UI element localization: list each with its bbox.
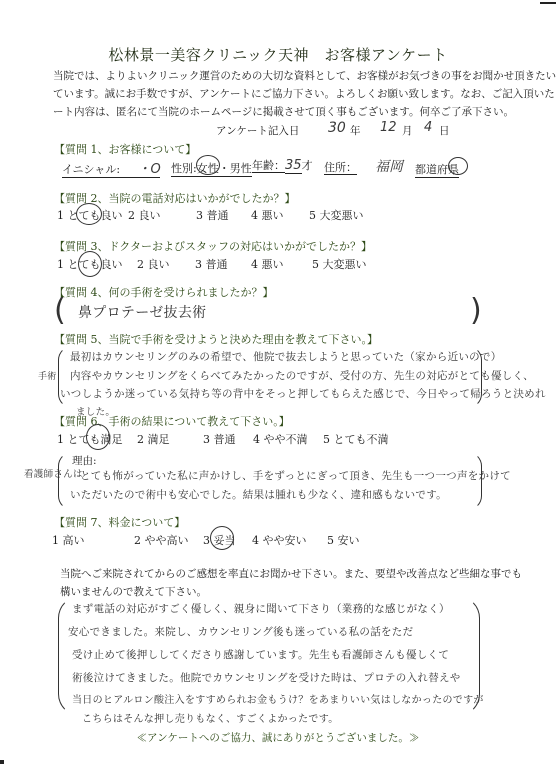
date-year-value[interactable]: 30 [328,120,346,136]
date-month-value[interactable]: 12 [380,120,397,135]
age-unit: 才 [302,159,313,172]
q3-option-5[interactable]: 5 大変悪い [312,256,367,272]
comments-answer-line-4[interactable]: 術後泣けてきました。他院でカウンセリングを受けた時は、プロテの入れ替えや [72,670,461,685]
comments-prompt-line-1: 当院へご来院されてからのご感想を率直にお聞かせ下さい。また、要望や改善点など些細… [60,566,522,581]
scan-edge-mark-top [540,2,556,4]
footer-thanks: ≪アンケートへのご協力、誠にありがとうございました。≫ [0,730,556,745]
prefecture-selected-circle [448,157,468,175]
q5-answer-line-1[interactable]: 最初はカウンセリングのみの希望で、他院で抜去しようと思っていた（家から近いので） [70,349,502,364]
q7-options: 1 高い 2 やや高い 3 妥当 4 やや安い 5 安い [0,532,556,548]
q5-heading: 【質問 5、当院で手術を受けようと決めた理由を教えて下さい。】 [54,331,378,347]
q6-margin-note: 看護師さんは [24,466,83,480]
q2-option-3[interactable]: 3 普通 [196,207,229,223]
q6-option-3[interactable]: 3 普通 [203,431,236,447]
q7-selected-circle [210,526,234,550]
q5-margin-note: 手術 [38,369,57,382]
address-label: 住所： [324,161,357,175]
q3-option-4[interactable]: 4 悪い [251,256,284,272]
age-value: 35 [285,158,302,174]
comments-answer-line-1[interactable]: まず電話の対応がすごく優しく、親身に聞いて下さり（業務的な感じがなく） [72,601,450,616]
q7-heading: 【質問 7、料金について】 [54,514,185,530]
comments-answer-line-3[interactable]: 受け止めて後押ししてくださり感謝しています。先生も看護師さんも優しくて [72,647,449,662]
q5-answer-line-2[interactable]: 内容やカウンセリングをくらべてみたかったのですが、受付の方、先生の対応がとても優… [70,368,534,383]
date-label: アンケート記入日 [216,123,299,138]
document-title: 松林景一美容クリニック天神 お客様アンケート [0,44,556,65]
date-day-unit: 日 [439,123,450,138]
q4-right-bracket: ) [470,293,482,328]
q6-options: 1 とても満足 2 満足 3 普通 4 やや不満 5 とても不満 [0,431,556,447]
scan-edge-mark-bottom [0,760,4,764]
q6-answer-line-2[interactable]: いただいたので術中も安心でした。結果は腫れも少なく、違和感もないです。 [70,487,447,502]
q4-heading: 【質問 4、何の手術を受けられましたか？】 [54,284,274,300]
q1-age-field[interactable]: 年齢：35才 [252,157,313,173]
gender-option-male[interactable]: 男性 [230,162,252,175]
q3-heading: 【質問 3、ドクターおよびスタッフの対応はいかがでしたか？】 [54,238,372,254]
date-day-value[interactable]: 4 [424,120,432,135]
q4-answer[interactable]: 鼻プロテーゼ抜去術 [78,302,206,322]
q4-left-bracket: ( [54,293,66,328]
q7-option-4[interactable]: 4 やや安い [252,532,307,548]
intro-line-2: ています。誠にお手数ですが、アンケートにご協力下さい。よろしくお願い致します。な… [53,86,556,101]
q6-option-5[interactable]: 5 とても不満 [323,431,389,447]
q1-initial-field[interactable]: イニシャル: ・O [62,158,162,178]
q2-option-5[interactable]: 5 大変悪い [309,207,364,223]
address-value: 福岡 [375,159,403,175]
q6-answer-line-1[interactable]: とても怖がっていた私に声かけし、手をずっとにぎって頂き、先生も一つ一つ声をかけて [80,468,511,483]
gender-label: 性別: [171,162,197,175]
intro-line-1: 当院では、よりよいクリニック運営のための大切な資料として、お客様がお気づきの事を… [53,68,556,83]
date-year-unit: 年 [350,123,361,138]
gender-selected-circle [196,155,220,175]
q6-option-2[interactable]: 2 満足 [137,431,170,447]
age-label: 年齢： [252,159,285,173]
q7-option-1[interactable]: 1 高い [52,532,85,548]
q7-option-5[interactable]: 5 安い [327,532,360,548]
q7-option-2[interactable]: 2 やや高い [134,532,189,548]
q5-answer-line-3[interactable]: いつしようか迷っている気持ち等の背中をそっと押してもらえた感じで、今日やって帰ろ… [60,386,546,401]
comments-answer-line-6[interactable]: こちらはそんな押し売りもなく、すごくよかったです。 [82,710,339,725]
initial-label: イニシャル: [62,163,120,176]
q6-option-4[interactable]: 4 やや不満 [253,431,308,447]
comments-answer-line-5[interactable]: 当日のヒアルロン酸注入をすすめられお金もうけ？をあまりいい気はしなかったのですが [72,691,484,706]
q6-selected-circle [86,424,110,450]
q2-selected-circle [76,203,102,225]
comments-answer-line-2[interactable]: 安心できました。来院し、カウンセリング後も迷っている私の話をただ [68,624,413,639]
initial-value: ・O [138,162,161,177]
q3-option-2[interactable]: 2 良い [137,256,170,272]
date-month-unit: 月 [402,123,413,138]
q1-heading: 【質問 1、お客様について】 [54,141,196,157]
q3-option-3[interactable]: 3 普通 [195,256,228,272]
intro-line-3: ート内容は、匿名にて当院のホームページに掲載させて頂く事もございます。何卒ご了承… [53,104,514,119]
q1-address-field[interactable]: 住所：福岡 [324,156,403,176]
gender-separator: ・ [219,162,230,175]
q3-selected-circle [78,251,102,277]
q2-option-4[interactable]: 4 悪い [251,207,284,223]
q2-option-2[interactable]: 2 良い [128,207,161,223]
